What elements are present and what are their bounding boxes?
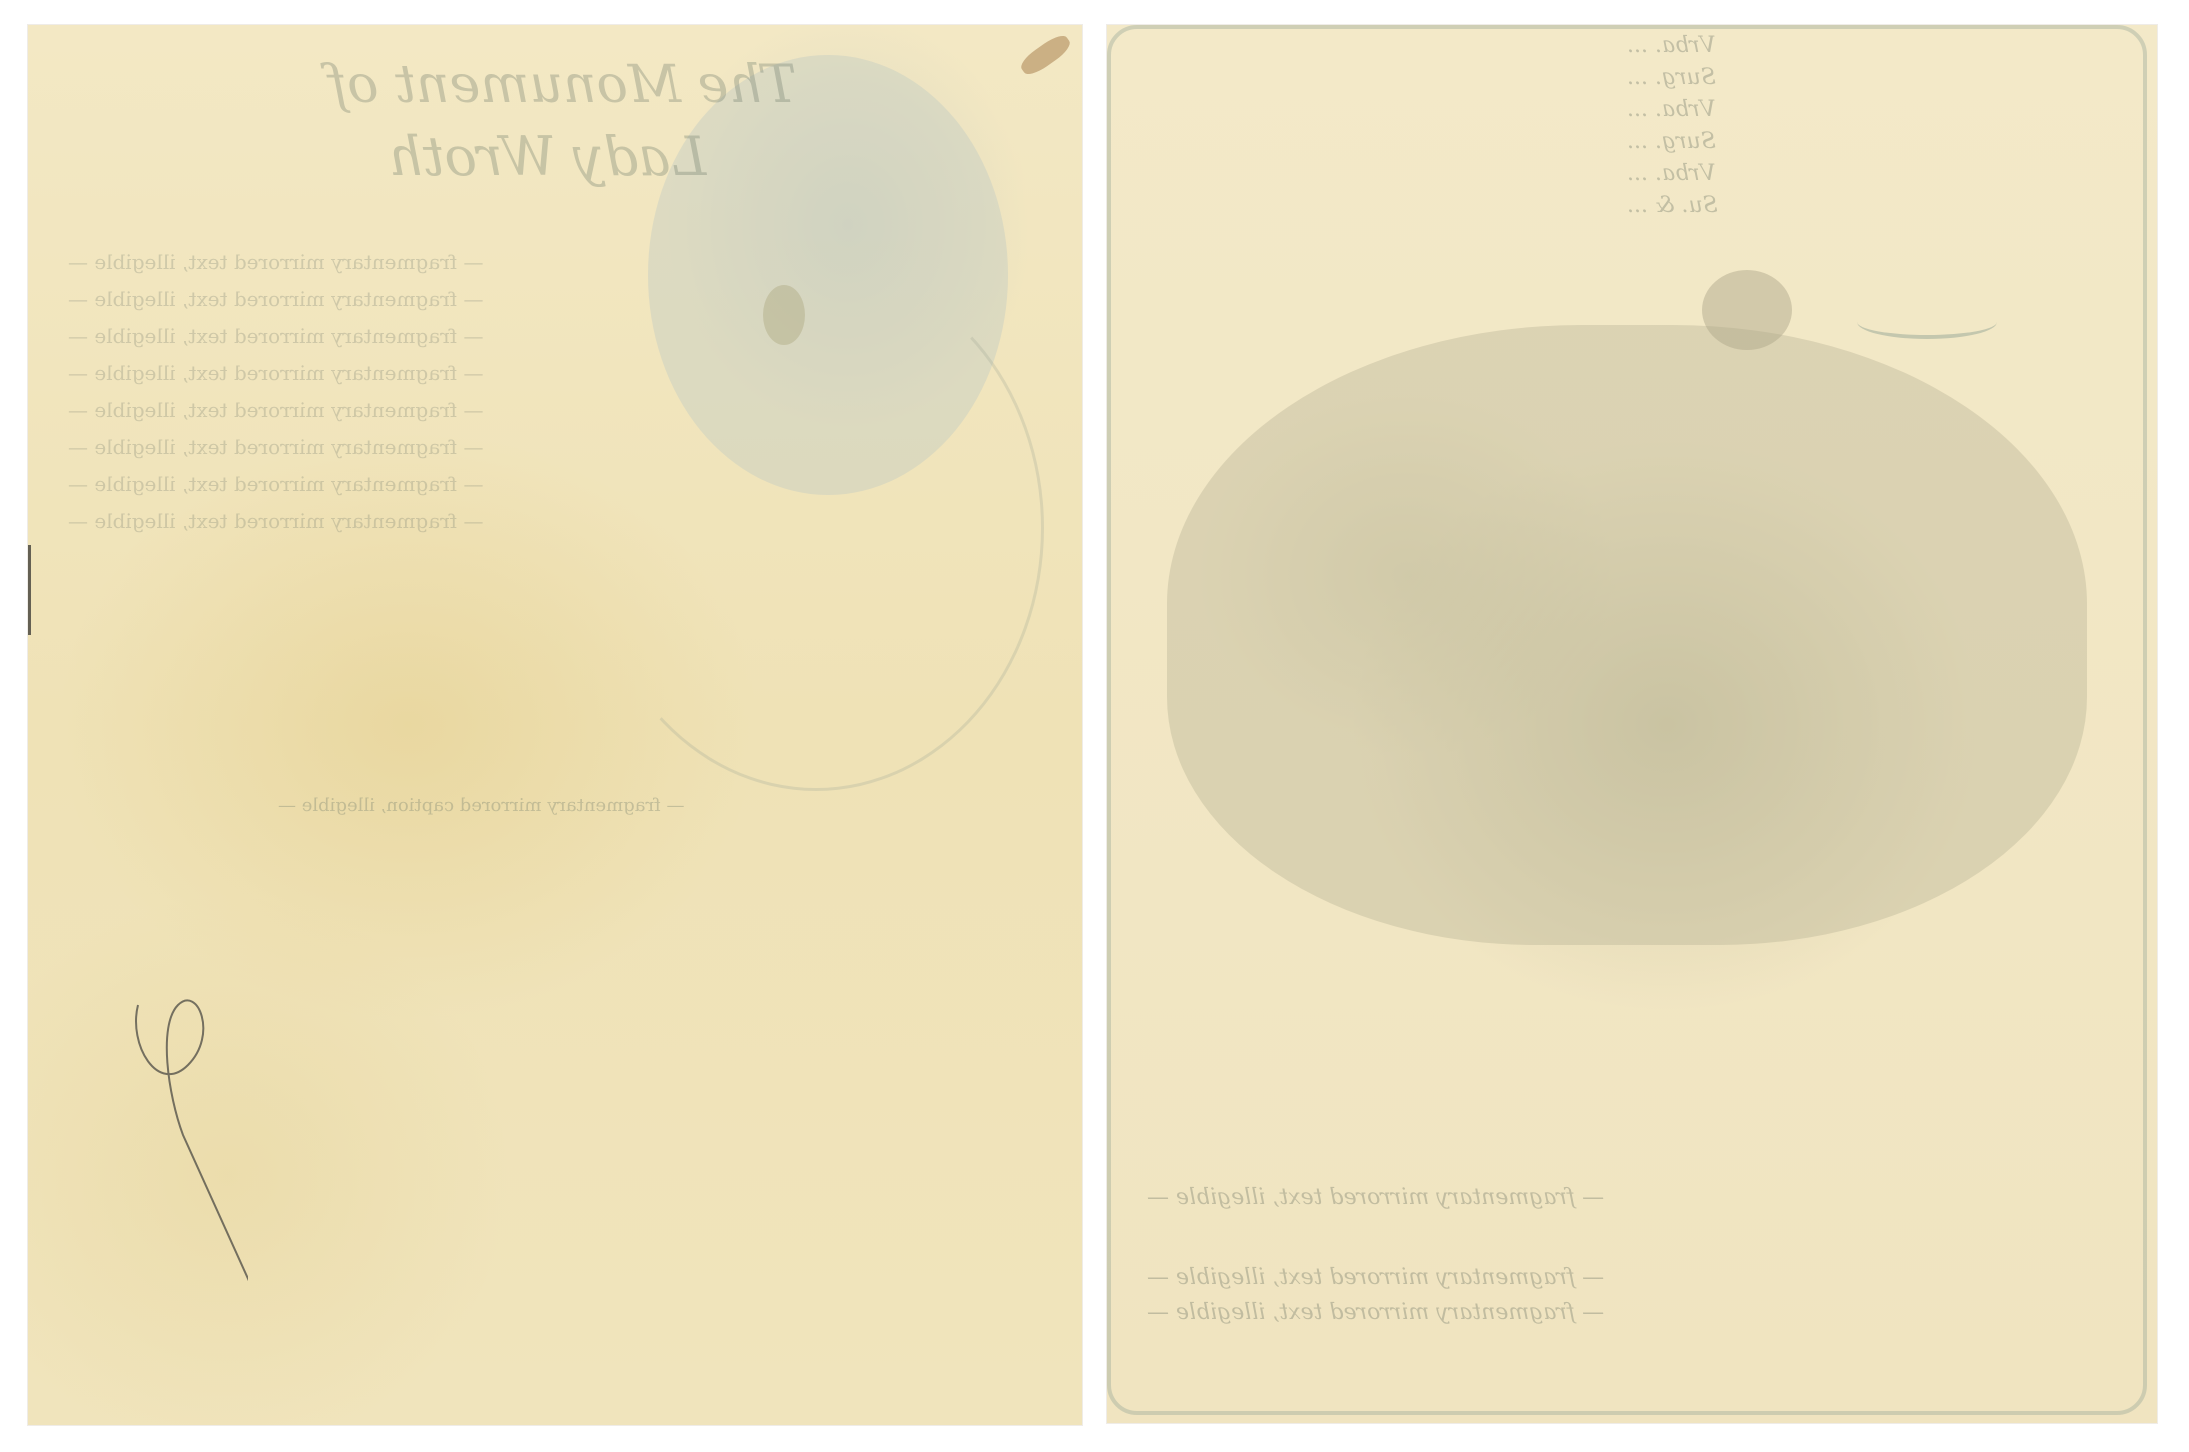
corner-stain bbox=[1017, 31, 1074, 79]
scroll-flourish bbox=[1857, 305, 1997, 339]
body-line: — fragmentary mirrored text, illegible — bbox=[68, 287, 484, 311]
bottom-line: — fragmentary mirrored text, illegible — bbox=[1147, 1265, 1604, 1290]
bottom-line: — fragmentary mirrored text, illegible — bbox=[1147, 1185, 1604, 1210]
bottom-line: — fragmentary mirrored text, illegible — bbox=[1147, 1300, 1604, 1325]
figure-head-showthrough bbox=[1702, 270, 1792, 350]
body-line: — fragmentary mirrored text, illegible — bbox=[68, 250, 484, 274]
body-line: — fragmentary mirrored text, illegible — bbox=[68, 435, 484, 459]
speaker-line: Surg. ... bbox=[1627, 65, 1716, 90]
title-line-2: Lady Wroth bbox=[388, 125, 706, 188]
title-line-1: The Monument of bbox=[328, 55, 797, 115]
body-line: — fragmentary mirrored text, illegible — bbox=[68, 361, 484, 385]
speaker-line: Vrba. ... bbox=[1627, 161, 1716, 186]
left-sheet: The Monument of Lady Wroth — fragmentary… bbox=[28, 25, 1082, 1425]
pencil-mark bbox=[128, 985, 248, 1345]
speaker-line: Surg. ... bbox=[1627, 129, 1716, 154]
speaker-line: Su. & ... bbox=[1627, 193, 1718, 218]
engraved-frame-showthrough bbox=[588, 265, 1044, 791]
central-figure-showthrough bbox=[1167, 325, 2087, 945]
body-line: — fragmentary mirrored text, illegible — bbox=[68, 509, 484, 533]
body-line: — fragmentary mirrored text, illegible — bbox=[68, 398, 484, 422]
right-sheet: Vrba. ... Surg. ... Vrba. ... Surg. ... … bbox=[1107, 25, 2157, 1423]
caption-line: — fragmentary mirrored caption, illegibl… bbox=[278, 795, 684, 816]
body-line: — fragmentary mirrored text, illegible — bbox=[68, 472, 484, 496]
speaker-line: Vrba. ... bbox=[1627, 97, 1716, 122]
body-line: — fragmentary mirrored text, illegible — bbox=[68, 324, 484, 348]
speaker-line: Vrba. ... bbox=[1627, 33, 1716, 58]
margin-ink-bar bbox=[28, 545, 31, 635]
